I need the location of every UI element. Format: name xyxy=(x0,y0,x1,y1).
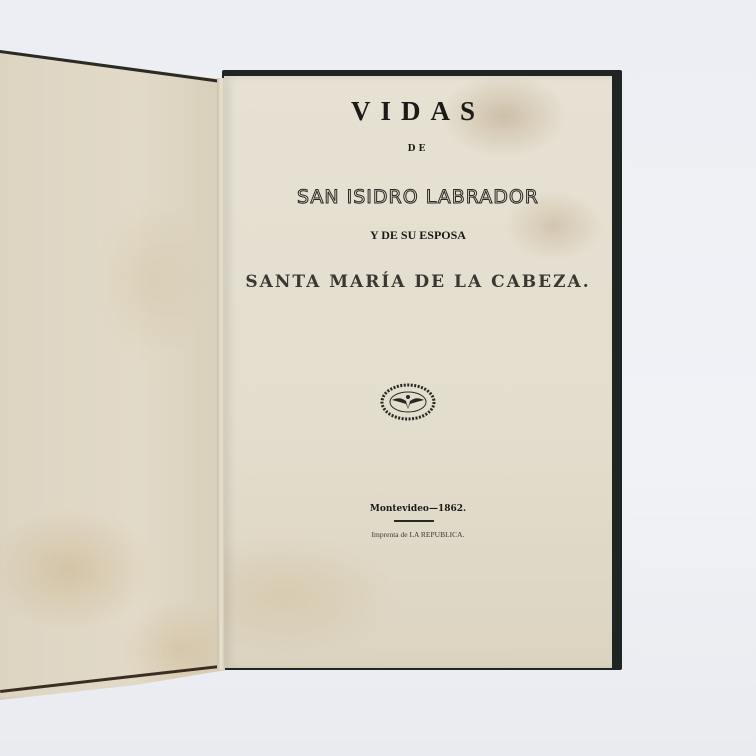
dove-ornament-icon xyxy=(380,382,436,422)
imprint-city-year: Montevideo—1862. xyxy=(224,504,612,514)
imprint-printer: Imprenta de LA REPUBLICA. xyxy=(224,530,612,539)
title-esposa: Y DE SU ESPOSA xyxy=(224,228,612,243)
title-santa-maria: SANTA MARÍA DE LA CABEZA. xyxy=(224,272,612,292)
title-san-isidro: SAN ISIDRO LABRADOR xyxy=(224,186,612,208)
imprint-rule xyxy=(394,520,434,522)
photo-scene: VIDAS DE SAN ISIDRO LABRADOR Y DE SU ESP… xyxy=(0,0,756,756)
title-de: DE xyxy=(224,144,612,154)
title-page: VIDAS DE SAN ISIDRO LABRADOR Y DE SU ESP… xyxy=(224,76,612,668)
left-page xyxy=(0,50,226,700)
title-vidas: VIDAS xyxy=(224,96,612,127)
